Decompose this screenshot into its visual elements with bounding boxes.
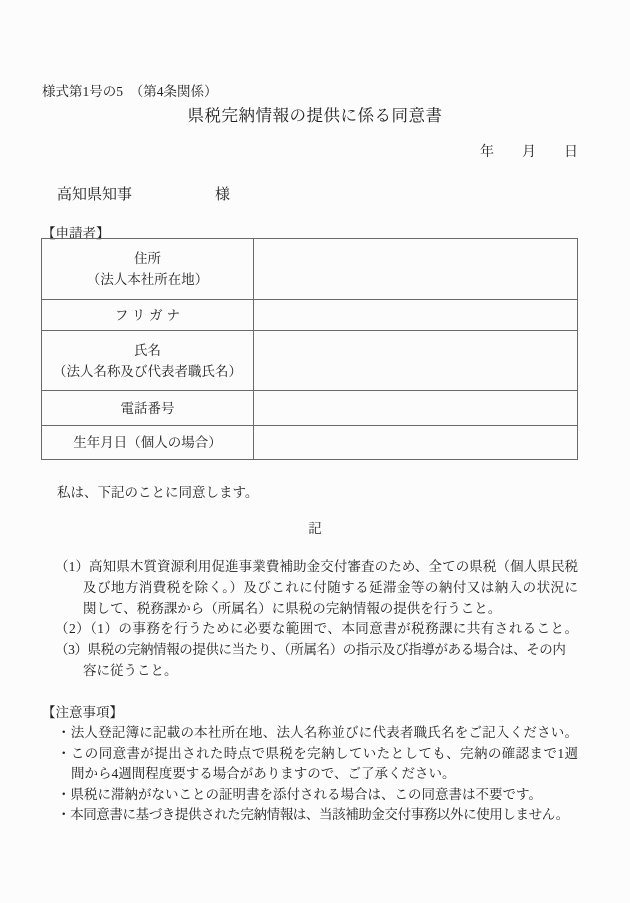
address-value-cell xyxy=(254,239,578,300)
label-line: （法人本社所在地） xyxy=(42,269,253,290)
label-line: （法人名称及び代表者職氏名） xyxy=(42,361,253,382)
name-value-cell xyxy=(254,331,578,391)
form-number: 様式第1号の5 （第4条関係） xyxy=(42,80,218,100)
consent-item-2-line: （2）（1）の事務を行うために必要な範囲で、本同意書が税務課に共有されること。 xyxy=(55,619,578,640)
table-row-furigana: フリガナ xyxy=(42,300,578,331)
label-line: 住所 xyxy=(42,248,253,269)
table-row-address: 住所 （法人本社所在地） xyxy=(42,239,578,300)
birthdate-label-cell: 生年月日（個人の場合） xyxy=(42,426,254,460)
table-row-phone: 電話番号 xyxy=(42,391,578,426)
ki-heading: 記 xyxy=(0,517,630,537)
note-item: 間から4週間程度要する場合がありますので、ご了承ください。 xyxy=(42,764,578,784)
document-page: 様式第1号の5 （第4条関係） 県税完納情報の提供に係る同意書 年 月 日 高知… xyxy=(0,0,630,903)
consent-item-1-line: 及び地方消費税を除く。）及びこれに付随する延滞金等の納付又は納入の状況に xyxy=(55,578,578,599)
notes-section: 【注意事項】 ・法人登記簿に記載の本社所在地、法人名称並びに代表者職氏名をご記入… xyxy=(42,703,578,825)
table-row-birthdate: 生年月日（個人の場合） xyxy=(42,426,578,460)
consent-item-3-line: （3）県税の完納情報の提供に当たり、（所属名）の指示及び指導がある場合は、その内 xyxy=(55,640,578,661)
addressee-honorific: 様 xyxy=(215,187,230,203)
consent-item-1-line: （1）高知県木質資源利用促進事業費補助金交付審査のため、全ての県税（個人県民税 xyxy=(55,557,578,578)
note-item: ・県税に滞納がないことの証明書を添付される場合は、この同意書は不要です。 xyxy=(42,785,578,805)
note-item: ・この同意書が提出された時点で県税を完納していたとしても、完納の確認まで1週 xyxy=(42,744,578,764)
notes-section-label: 【注意事項】 xyxy=(42,703,578,723)
label-line: 氏名 xyxy=(42,340,253,361)
consent-item-1-line: 関して、税務課から（所属名）に県税の完納情報の提供を行うこと。 xyxy=(55,599,578,620)
applicant-table: 住所 （法人本社所在地） フリガナ 氏名 （法人名称及び代表者職氏名） 電話番号… xyxy=(41,238,578,460)
table-row-name: 氏名 （法人名称及び代表者職氏名） xyxy=(42,331,578,391)
document-title: 県税完納情報の提供に係る同意書 xyxy=(0,102,630,126)
addressee-name: 高知県知事 xyxy=(57,183,215,204)
consent-item-3-line: 容に従うこと。 xyxy=(55,661,578,682)
furigana-label-cell: フリガナ xyxy=(42,300,254,331)
furigana-value-cell xyxy=(254,300,578,331)
phone-label-cell: 電話番号 xyxy=(42,391,254,426)
consent-intro: 私は、下記のことに同意します。 xyxy=(57,481,258,501)
note-item: ・本同意書に基づき提供された完納情報は、当該補助金交付事務以外に使用しません。 xyxy=(42,805,578,825)
note-item: ・法人登記簿に記載の本社所在地、法人名称並びに代表者職氏名をご記入ください。 xyxy=(42,723,578,743)
name-label-cell: 氏名 （法人名称及び代表者職氏名） xyxy=(42,331,254,391)
birthdate-value-cell xyxy=(254,426,578,460)
addressee-line: 高知県知事様 xyxy=(57,183,230,204)
phone-value-cell xyxy=(254,391,578,426)
address-label-cell: 住所 （法人本社所在地） xyxy=(42,239,254,300)
date-blank-line: 年 月 日 xyxy=(480,141,578,161)
consent-items: （1）高知県木質資源利用促進事業費補助金交付審査のため、全ての県税（個人県民税 … xyxy=(55,557,578,682)
